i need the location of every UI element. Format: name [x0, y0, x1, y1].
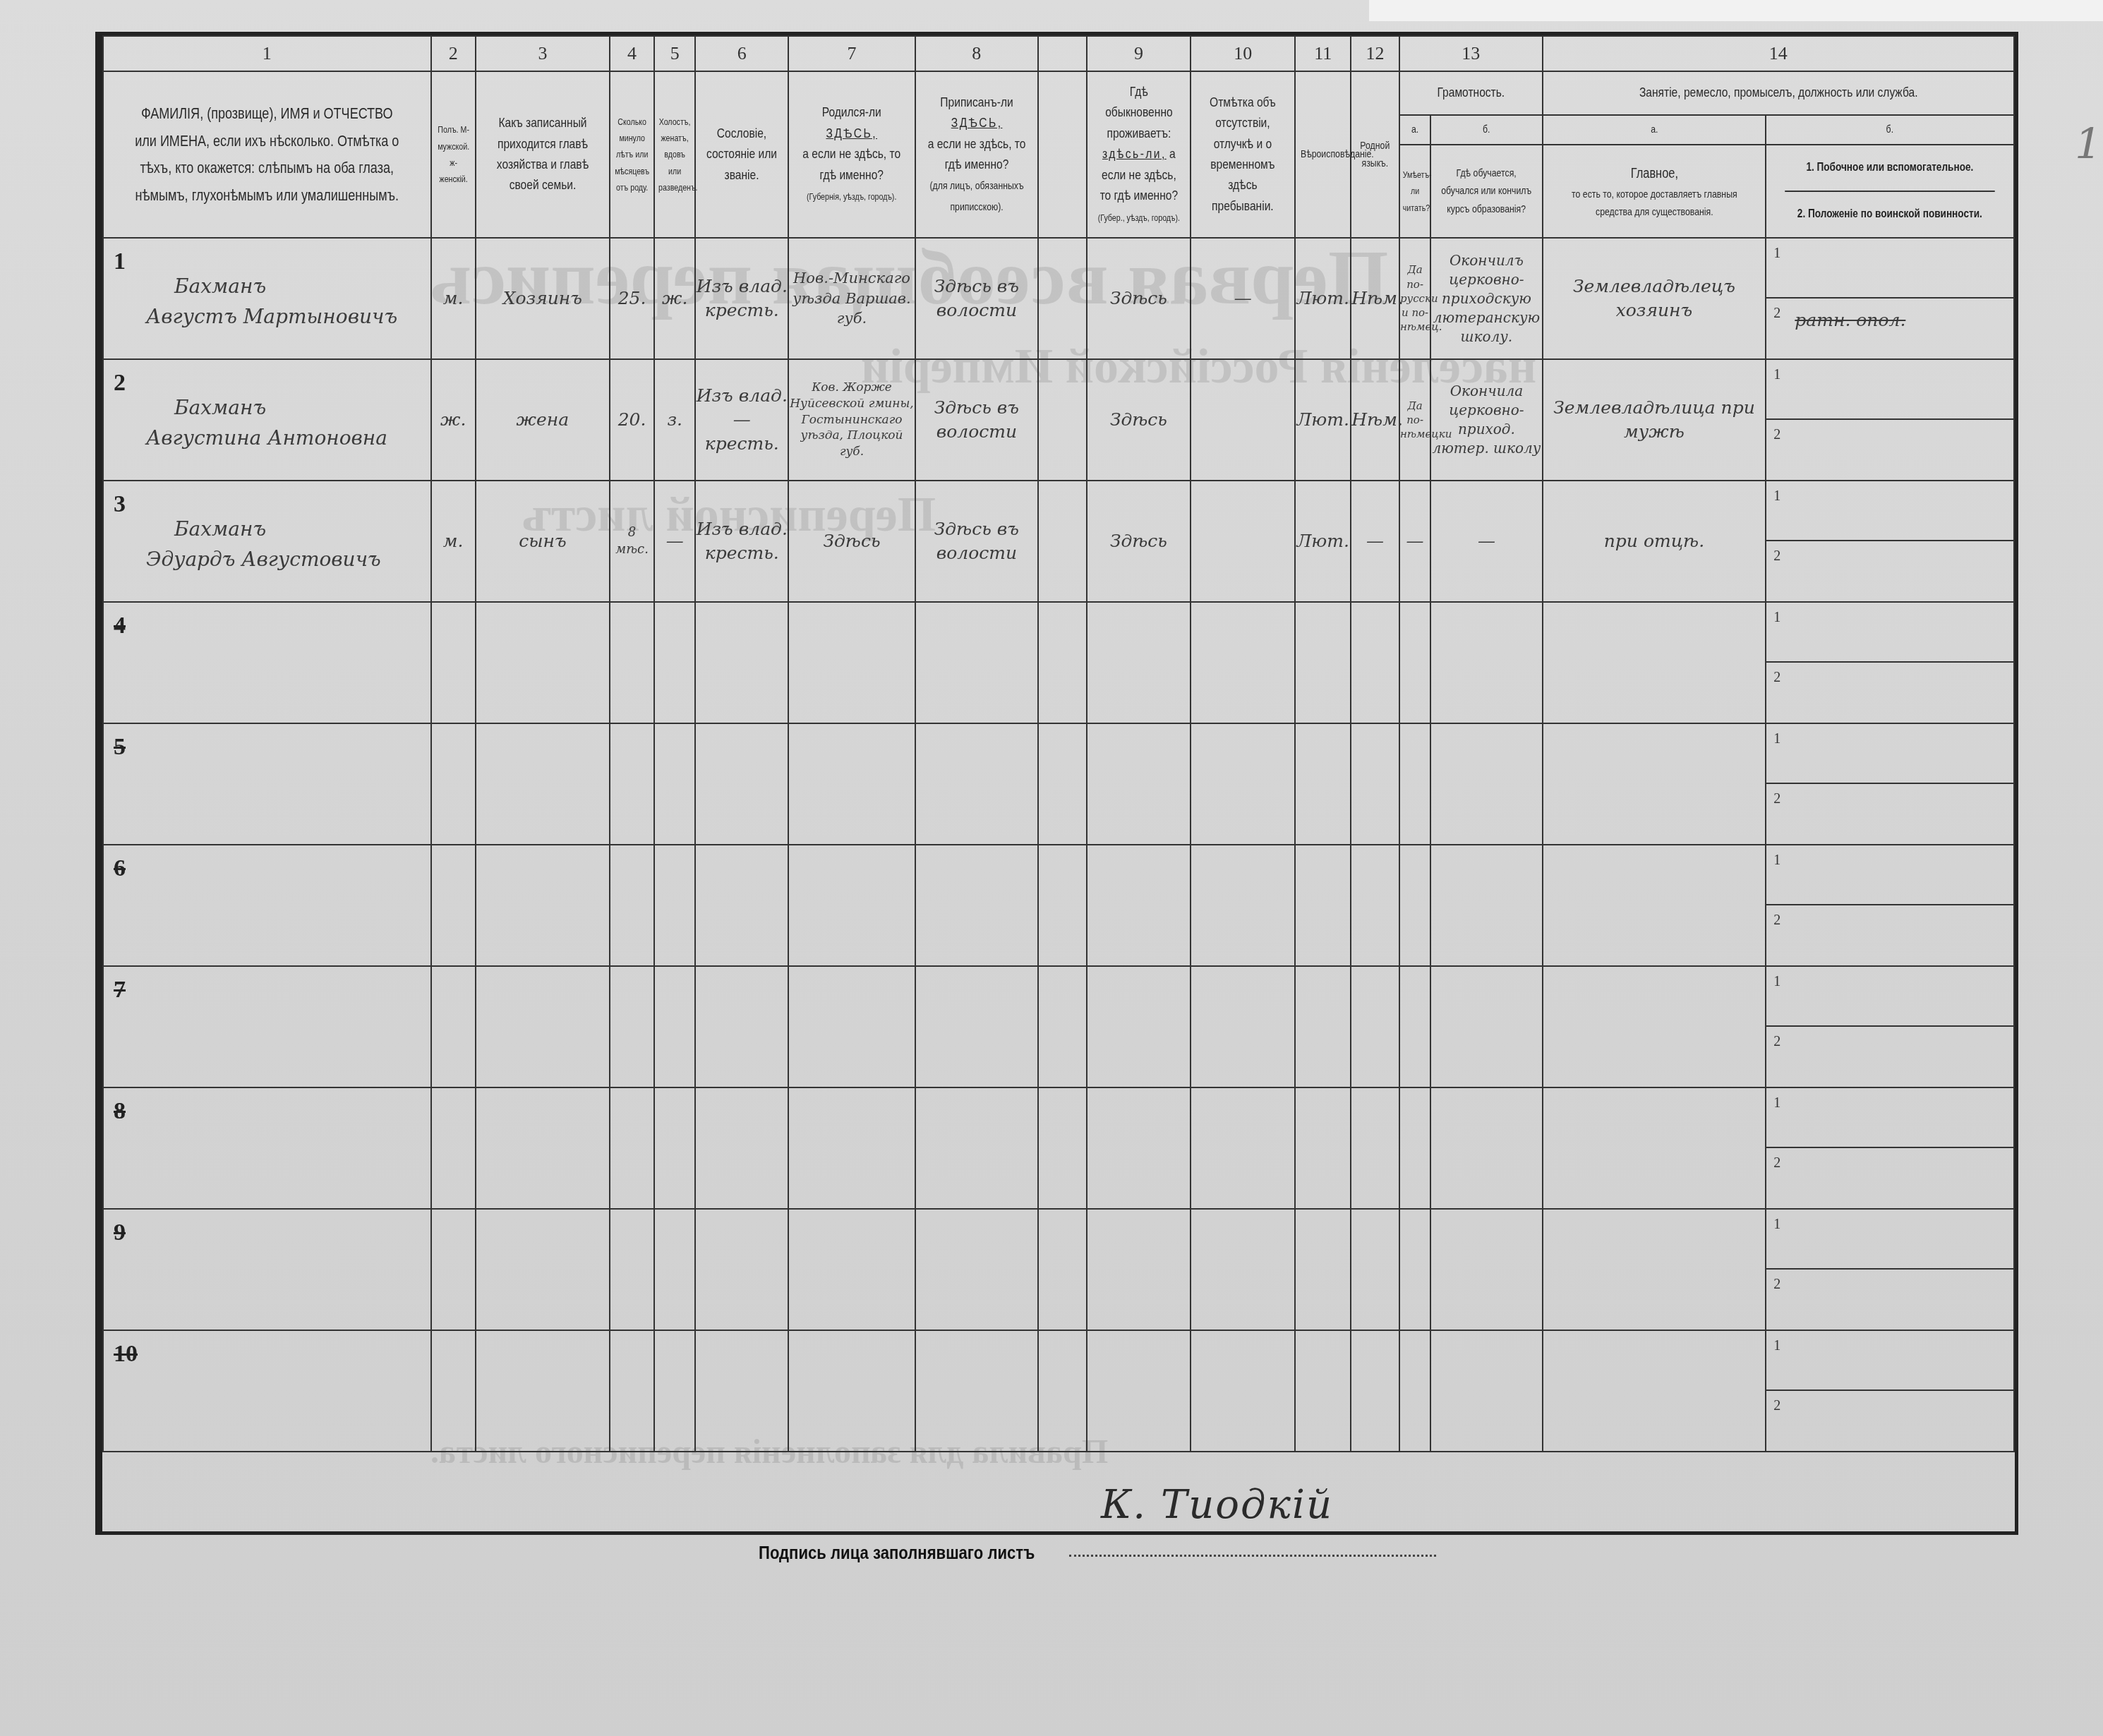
header-education: Гдѣ обучается, обучался или кончилъ курс… — [1440, 145, 1532, 238]
cell-age: 8 мѣс. — [610, 481, 654, 602]
cell-relation: сынъ — [476, 481, 610, 602]
table-row-empty: 6 12 — [103, 845, 2014, 966]
cell-residence: Здѣсь — [1087, 238, 1191, 359]
col-num-1: 1 — [103, 36, 431, 71]
cell-relation: жена — [476, 359, 610, 481]
header-birthplace-note: (Губернія, уѣздъ, городъ). — [807, 191, 896, 202]
table-row-empty: 9 12 — [103, 1209, 2014, 1330]
row-number: 2 — [114, 367, 126, 399]
table-row-empty: 5 12 — [103, 723, 2014, 845]
col-num-3: 3 — [476, 36, 610, 71]
header-spacer — [1038, 71, 1087, 238]
cell-residence: Здѣсь — [1087, 359, 1191, 481]
col-num-8: 8 — [915, 36, 1038, 71]
signature-label: Подпись лица заполнявшаго листъ — [759, 1542, 1035, 1564]
header-military-status: 2. Положеніе по воинской повинности. — [1785, 192, 1995, 237]
military-status: ратн. опол. — [1795, 308, 1905, 332]
col-num-10: 10 — [1191, 36, 1295, 71]
cell-secondary: 12 — [1766, 1330, 2014, 1452]
cell-estate: Изъ влад. кресть. — [695, 481, 788, 602]
cell-main-occupation: при отцѣ. — [1543, 481, 1766, 602]
header-religion: Вѣроисповѣданіе. — [1300, 71, 1346, 238]
header-sex: Полъ. М-мужской. ж-женскій. — [435, 71, 471, 238]
row-number: 9 — [114, 1217, 126, 1249]
header-literacy: Грамотность. — [1412, 71, 1529, 115]
header-residence-note: (Губер., уѣздъ, городъ). — [1097, 212, 1179, 223]
header-main-occupation-title: Главное, — [1630, 166, 1677, 181]
cell-absence — [1191, 481, 1295, 602]
cell-education: — — [1430, 481, 1542, 602]
header-occupation: Занятіе, ремесло, промыселъ, должность и… — [1585, 71, 1972, 115]
cell-estate: Изъ влад. кресть. — [695, 238, 788, 359]
table-row-empty: 7 12 — [103, 966, 2014, 1087]
margin-sheet-number: 10 — [2075, 120, 2103, 169]
header-side-occupation: 1. Побочное или вспомогательное. — [1785, 145, 1995, 192]
cell-name: 5 — [103, 723, 431, 845]
header-residence-here: здѣсь-ли, — [1102, 147, 1167, 162]
header-registered: Приписанъ-ли ЗДѢСЬ, а если не здѣсь, то … — [926, 71, 1027, 238]
cell-religion: Лют. — [1295, 359, 1351, 481]
header-secondary-occupation: 1. Побочное или вспомогательное. 2. Поло… — [1766, 145, 2014, 238]
cell-sex: м. — [431, 481, 476, 602]
scan-edge-strip — [1369, 0, 2103, 21]
cell-marital: з. — [654, 359, 695, 481]
cell-registered: Здѣсь въ волости — [915, 481, 1038, 602]
cell-absence: — — [1191, 238, 1295, 359]
cell-secondary: 12 — [1766, 845, 2014, 966]
header-residence: Гдѣ обыкновенно проживаетъ: здѣсь-ли, а … — [1096, 71, 1181, 238]
table-row: 3 Бахманъ Эдуардъ Августовичъ м. сынъ 8 … — [103, 481, 2014, 602]
row-number: 6 — [114, 852, 126, 885]
cell-estate: Изъ влад. — кресть. — [695, 359, 788, 481]
cell-education: Окончила церковно-приход. лютер. школу — [1430, 359, 1542, 481]
header-marital: Холостъ, женатъ, вдовъ или разведенъ. — [658, 71, 692, 238]
col-num-12: 12 — [1351, 36, 1399, 71]
cell-can-read: Да по-нѣмецки — [1399, 359, 1430, 481]
cell-name: 3 Бахманъ Эдуардъ Августовичъ — [103, 481, 431, 602]
cell-name: 1 Бахманъ Августъ Мартыновичъ — [103, 238, 431, 359]
cell-name: 7 — [103, 966, 431, 1087]
census-grid: 1 2 3 4 5 6 7 8 9 10 11 12 13 14 — [102, 35, 2015, 1452]
header-registered-b: а если не здѣсь, то гдѣ именно? — [927, 137, 1025, 172]
signature: К. Тиодкій — [1101, 1482, 1333, 1528]
header-birthplace-a: Родился-ли — [822, 105, 881, 120]
cell-name: 9 — [103, 1209, 431, 1330]
cell-secondary: 12 — [1766, 1209, 2014, 1330]
col-num-4: 4 — [610, 36, 654, 71]
cell-language: — — [1351, 481, 1399, 602]
given-names: Августъ Мартыновичъ — [146, 301, 423, 332]
cell-secondary: 1 2 — [1766, 359, 2014, 481]
cell-absence — [1191, 359, 1295, 481]
header-absence: Отмѣтка объ отсутствіи, отлучкѣ и о врем… — [1200, 71, 1286, 238]
cell-birthplace: Здѣсь — [788, 481, 915, 602]
surname: Бахманъ — [146, 392, 423, 423]
cell-spacer — [1038, 359, 1087, 481]
header-main-occupation-desc: то есть то, которое доставляетъ главныя … — [1572, 188, 1737, 219]
cell-name: 6 — [103, 845, 431, 966]
cell-secondary: 1 2ратн. опол. — [1766, 238, 2014, 359]
surname: Бахманъ — [146, 514, 423, 544]
col-num-14: 14 — [1543, 36, 2014, 71]
col-num-2: 2 — [431, 36, 476, 71]
cell-secondary: 1 2 — [1766, 481, 2014, 602]
table-row: 1 Бахманъ Августъ Мартыновичъ м. Хозяинъ… — [103, 238, 2014, 359]
cell-education: Окончилъ церковно-приходскую лютеранскую… — [1430, 238, 1542, 359]
row-number: 4 — [114, 610, 126, 642]
signature-line — [1069, 1555, 1436, 1557]
header-occupation-b-label: б. — [1788, 115, 1991, 145]
given-names: Эдуардъ Августовичъ — [146, 544, 423, 574]
row-number: 8 — [114, 1095, 126, 1128]
row-number: 7 — [114, 974, 126, 1006]
cell-main-occupation: Землевладѣлецъ хозяинъ — [1543, 238, 1766, 359]
header-main-occupation: Главное, то есть то, которое доставляетъ… — [1562, 145, 1746, 238]
table-row: 2 Бахманъ Августина Антоновна ж. жена 20… — [103, 359, 2014, 481]
cell-spacer — [1038, 238, 1087, 359]
cell-name: 4 — [103, 602, 431, 723]
cell-spacer — [1038, 481, 1087, 602]
row-number: 1 — [114, 246, 126, 278]
col-num-9: 9 — [1087, 36, 1191, 71]
cell-sex: м. — [431, 238, 476, 359]
census-form-table: 1 2 3 4 5 6 7 8 9 10 11 12 13 14 — [95, 32, 2018, 1535]
header-registered-note: (для лицъ, обязанныхъ приписскою). — [929, 180, 1023, 212]
header-birthplace-b: а если не здѣсь, то гдѣ именно? — [803, 147, 901, 182]
cell-birthplace: Нов.-Минскаго уѣзда Варшав. губ. — [788, 238, 915, 359]
header-name: ФАМИЛІЯ, (прозвище), ИМЯ и ОТЧЕСТВО или … — [133, 71, 402, 238]
cell-name: 10 — [103, 1330, 431, 1452]
cell-can-read: — — [1399, 481, 1430, 602]
header-relation: Какъ записанный приходится главѣ хозяйст… — [488, 71, 598, 238]
cell-name: 2 Бахманъ Августина Антоновна — [103, 359, 431, 481]
header-age: Сколько минуло лѣтъ или мѣсяцевъ отъ род… — [614, 71, 651, 238]
header-literacy-b-label: б. — [1440, 115, 1532, 145]
column-number-row: 1 2 3 4 5 6 7 8 9 10 11 12 13 14 — [103, 36, 2014, 71]
cell-residence: Здѣсь — [1087, 481, 1191, 602]
given-names: Августина Антоновна — [146, 423, 423, 453]
cell-religion: Лют. — [1295, 481, 1351, 602]
cell-secondary: 12 — [1766, 1087, 2014, 1209]
header-registered-here: ЗДѢСЬ, — [951, 116, 1003, 131]
header-residence-a: Гдѣ обыкновенно проживаетъ: — [1105, 85, 1173, 141]
cell-marital: ж. — [654, 238, 695, 359]
col-num-11: 11 — [1295, 36, 1351, 71]
header-can-read: Умѣетъ-ли читать? — [1402, 145, 1428, 238]
cell-relation: Хозяинъ — [476, 238, 610, 359]
table-row-empty: 10 12 — [103, 1330, 2014, 1452]
cell-secondary: 12 — [1766, 602, 2014, 723]
cell-secondary: 12 — [1766, 723, 2014, 845]
col-num-13: 13 — [1399, 36, 1543, 71]
row-number: 3 — [114, 488, 126, 521]
cell-religion: Лют. — [1295, 238, 1351, 359]
header-estate: Сословіе, состояніе или званіе. — [704, 71, 780, 238]
col-num-6: 6 — [695, 36, 788, 71]
col-spacer — [1038, 36, 1087, 71]
header-birthplace: Родился-ли ЗДѢСЬ, а если не здѣсь, то гд… — [800, 71, 903, 238]
cell-name: 8 — [103, 1087, 431, 1209]
census-sheet-paper: Первая всеобщая перепись населенія Россі… — [0, 0, 2103, 1736]
surname: Бахманъ — [146, 271, 423, 301]
cell-marital: — — [654, 481, 695, 602]
row-number: 10 — [114, 1338, 138, 1370]
cell-age: 20. — [610, 359, 654, 481]
col-num-5: 5 — [654, 36, 695, 71]
cell-birthplace: Ков. Жорже Нуйсевской гмины, Гостынинска… — [788, 359, 915, 481]
header-occupation-a-label: а. — [1562, 115, 1746, 145]
cell-secondary: 12 — [1766, 966, 2014, 1087]
cell-registered: Здѣсь въ волости — [915, 238, 1038, 359]
col-num-7: 7 — [788, 36, 915, 71]
cell-registered: Здѣсь въ волости — [915, 359, 1038, 481]
table-row-empty: 8 12 — [103, 1087, 2014, 1209]
cell-main-occupation: Землевладѣлица при мужѣ — [1543, 359, 1766, 481]
row-number: 5 — [114, 731, 126, 764]
cell-age: 25. — [610, 238, 654, 359]
cell-language: Нѣм. — [1351, 238, 1399, 359]
cell-can-read: Да по-русски и по-нѣмец. — [1399, 238, 1430, 359]
column-header-row-1: ФАМИЛІЯ, (прозвище), ИМЯ и ОТЧЕСТВО или … — [103, 71, 2014, 115]
header-literacy-a-label: а. — [1402, 115, 1428, 145]
header-language: Родной языкъ. — [1355, 71, 1394, 238]
cell-language: Нѣм. — [1351, 359, 1399, 481]
cell-sex: ж. — [431, 359, 476, 481]
table-row-empty: 4 12 — [103, 602, 2014, 723]
header-registered-a: Приписанъ-ли — [940, 95, 1013, 110]
header-birthplace-here: ЗДѢСЬ, — [826, 126, 878, 141]
